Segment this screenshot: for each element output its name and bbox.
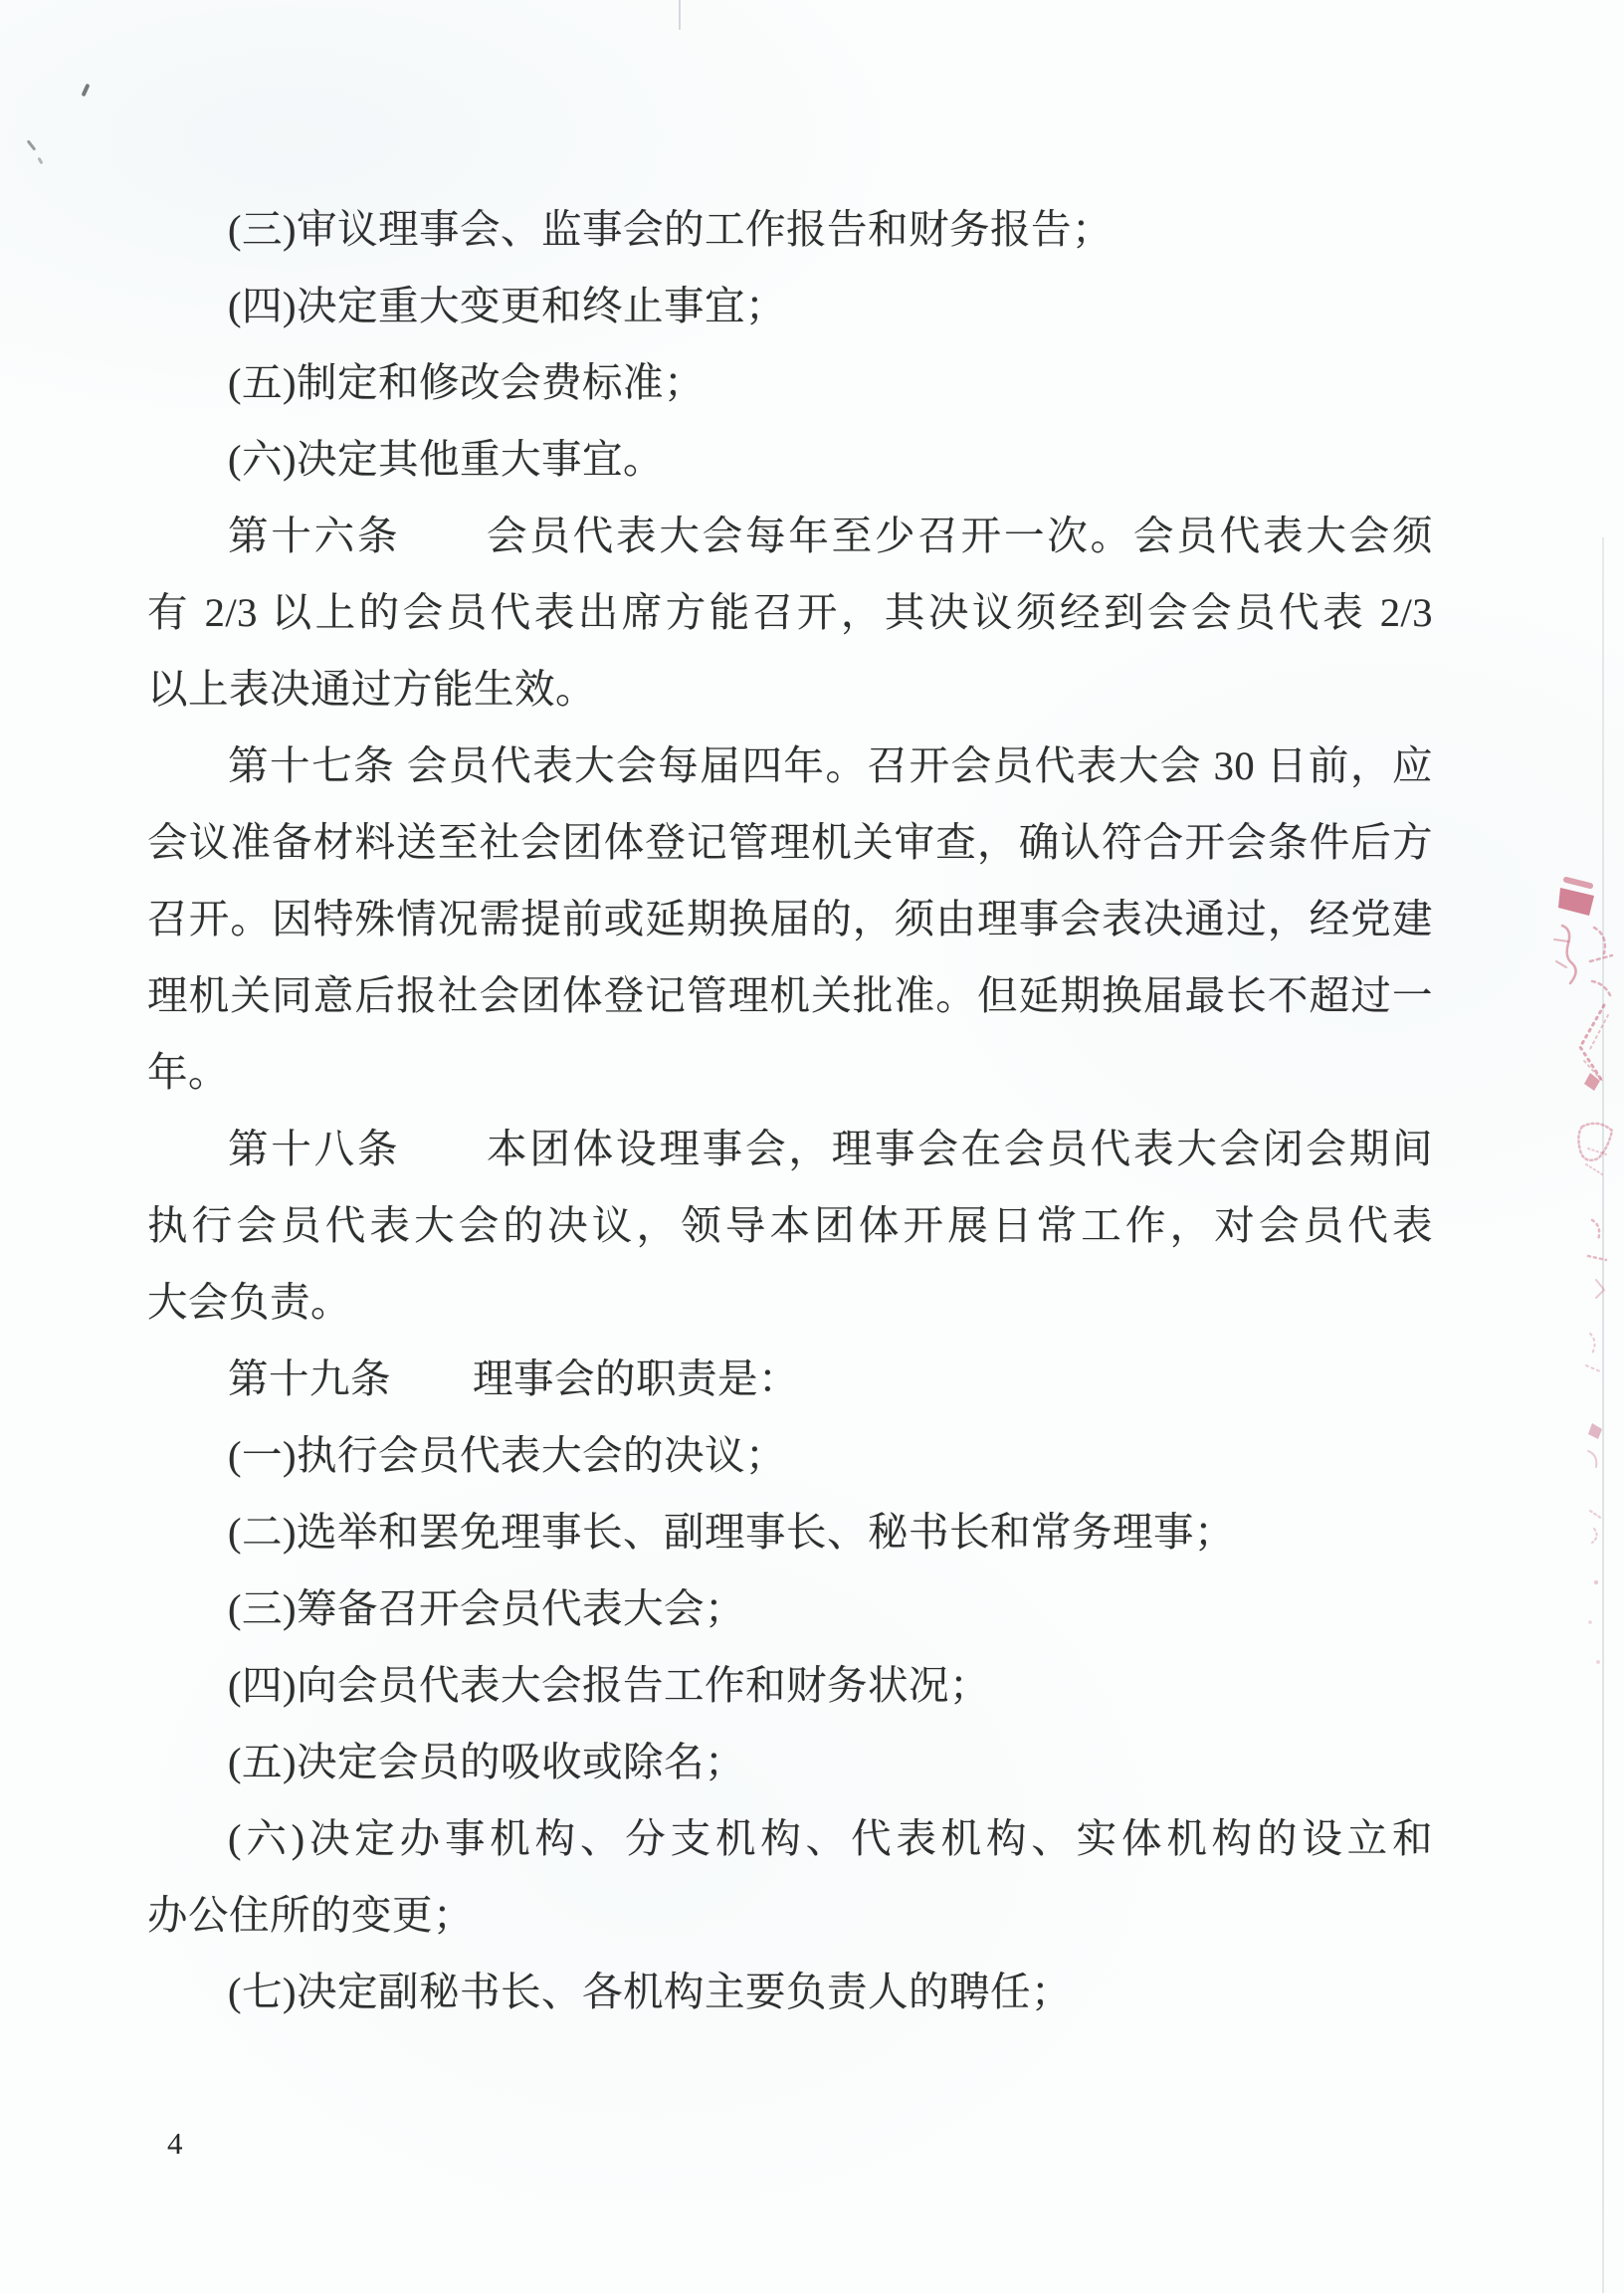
document-line: (四)决定重大变更和终止事宜； <box>147 268 1433 344</box>
document-line: 召开。因特殊情况需提前或延期换届的，须由理事会表决通过，经党建管 <box>147 881 1433 957</box>
document-line: (三)筹备召开会员代表大会； <box>147 1570 1433 1647</box>
document-line: (六)决定办事机构、分支机构、代表机构、实体机构的设立和 <box>147 1800 1433 1877</box>
document-line: 第十七条 会员代表大会每届四年。召开会员代表大会 30 日前，应将 <box>147 728 1433 804</box>
page-number: 4 <box>167 2126 183 2162</box>
document-line: 有 2/3 以上的会员代表出席方能召开，其决议须经到会会员代表 2/3 <box>147 574 1433 651</box>
document-line: 以上表决通过方能生效。 <box>147 651 1433 728</box>
document-line: 第十八条 本团体设理事会，理事会在会员代表大会闭会期间 <box>147 1111 1433 1187</box>
red-seal-fragment <box>1532 866 1624 1742</box>
scan-speck <box>37 157 43 165</box>
document-line: 办公住所的变更； <box>147 1877 1433 1954</box>
document-line: (四)向会员代表大会报告工作和财务状况； <box>147 1647 1433 1724</box>
document-line: 年。 <box>147 1034 1433 1111</box>
document-line: 第十六条 会员代表大会每年至少召开一次。会员代表大会须 <box>147 498 1433 574</box>
scan-artifact-line <box>679 0 681 30</box>
document-line: (二)选举和罢免理事长、副理事长、秘书长和常务理事； <box>147 1494 1433 1570</box>
document-line: (一)执行会员代表大会的决议； <box>147 1417 1433 1494</box>
document-line: (七)决定副秘书长、各机构主要负责人的聘任； <box>147 1954 1433 2030</box>
document-line: (五)制定和修改会费标准； <box>147 344 1433 421</box>
document-line: 会议准备材料送至社会团体登记管理机关审查，确认符合开会条件后方可 <box>147 804 1433 881</box>
document-line: (六)决定其他重大事宜。 <box>147 421 1433 498</box>
document-line: 第十九条 理事会的职责是： <box>147 1341 1433 1417</box>
document-line: 大会负责。 <box>147 1264 1433 1341</box>
scan-speck <box>27 139 37 150</box>
scanned-document-page: { "page": { "number_label": "4", "colors… <box>0 0 1624 2293</box>
document-line: (五)决定会员的吸收或除名； <box>147 1724 1433 1800</box>
document-line: 执行会员代表大会的决议，领导本团体开展日常工作，对会员代表 <box>147 1187 1433 1264</box>
scan-speck <box>82 84 91 98</box>
charter-text-block: (三)审议理事会、监事会的工作报告和财务报告；(四)决定重大变更和终止事宜；(五… <box>147 191 1433 2030</box>
document-line: (三)审议理事会、监事会的工作报告和财务报告； <box>147 191 1433 268</box>
document-line: 理机关同意后报社会团体登记管理机关批准。但延期换届最长不超过一 <box>147 957 1433 1034</box>
